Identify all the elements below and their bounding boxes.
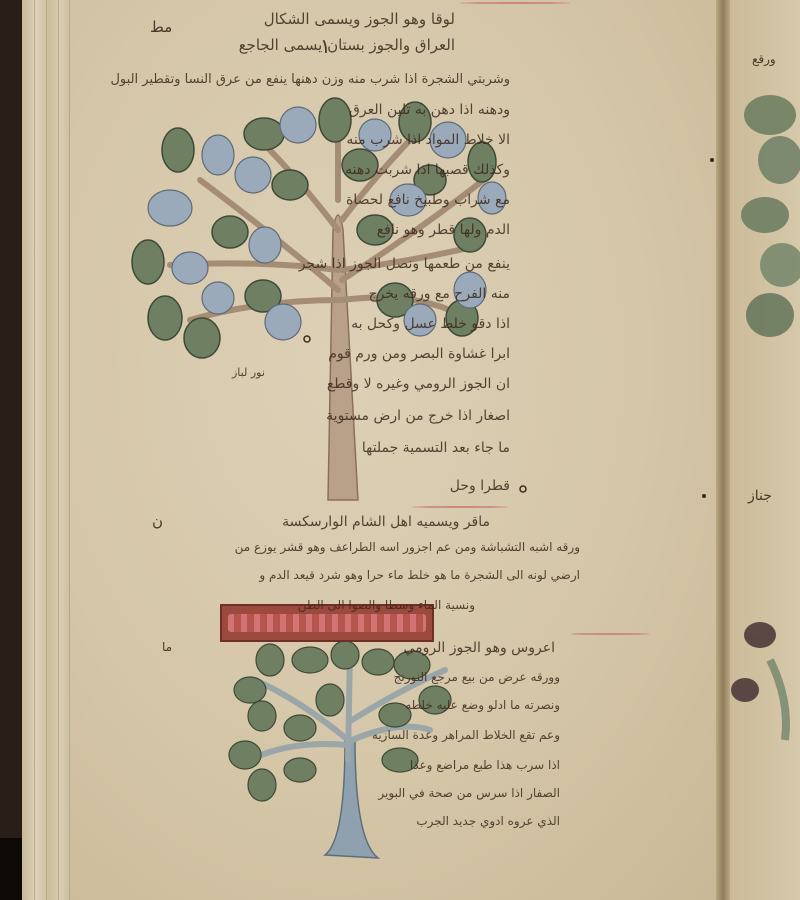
entry-heading: اعروس وهو الجوز الرومي — [403, 640, 555, 656]
body-line: ارضي لونه الى الشجرة ما هو خلط ماء حرا و… — [259, 568, 580, 582]
body-line: وشربتي الشجرة اذا شرب منه وزن دهنها ينفع… — [110, 72, 510, 87]
margin-note: مط — [150, 18, 172, 36]
rubric-overline — [460, 2, 570, 4]
facing-page-note: ورقع — [752, 52, 776, 66]
body-line: مع شراب وطبيخ نافع لحصاة — [346, 192, 510, 208]
body-line: الا خلاط المواد اذا شرب منه — [346, 132, 510, 148]
body-line: اصغار اذا خرج من ارض مستوية — [326, 408, 510, 424]
body-line: ابرا غشاوة البصر ومن ورم قوم — [328, 346, 510, 362]
facing-page-plant — [731, 95, 800, 740]
body-line: اذا سرب هذا طبع مراضع وعذا — [410, 758, 560, 772]
body-line: ما جاء بعد التسمية جملتها — [362, 440, 510, 456]
entry-heading: لوقا وهو الجوز ويسمى الشكال — [264, 10, 455, 28]
rubric-overline — [570, 633, 650, 635]
body-line: الصفار اذا سرس من صحة في البوير — [378, 786, 560, 800]
rubric-overline — [412, 506, 508, 508]
body-line: منه الفرح مع ورقه يخرج — [369, 286, 510, 302]
body-line: ينفع من طعمها ونصل الجوز اذا شجر — [299, 256, 510, 272]
entry-number: ١ — [320, 34, 331, 58]
margin-note: ما — [162, 640, 172, 654]
body-line: ان الجوز الرومي وغيره لا وقطع — [327, 376, 510, 392]
tree-caption: نور لباز — [232, 366, 265, 379]
body-line: وورقه عرض من بيع مرجع النورنج — [394, 670, 560, 684]
body-line: ونصرته ما ادلو وضع عليه خلطه — [405, 698, 560, 712]
body-line: قطرا وحل — [450, 478, 510, 494]
body-line: ودهنه اذا دهن به تلين العرق — [349, 102, 510, 118]
margin-note: ن — [152, 512, 163, 530]
body-line: اذا دقو خلط عسل وكحل به — [351, 316, 510, 332]
body-line: ونسية الماء وسطا والصوا الى الطن — [298, 598, 475, 612]
facing-page-note: جناز — [748, 488, 772, 504]
body-line: الذي عروه ادوي جديد الجرب — [416, 814, 560, 828]
body-line: وكذلك قصبها اذا شربت دهنه — [345, 162, 510, 178]
body-line: ورقه اشبه التشباشة ومن عم اجزور اسه الطر… — [235, 540, 580, 554]
body-line: وعم تقع الخلاط المراهر وعدة السازيه — [372, 728, 560, 742]
entry-heading: ماقر ويسميه اهل الشام الوارسكسة — [282, 514, 490, 530]
entry-heading: العراق والجوز بستان يسمى الجاجع — [239, 36, 455, 54]
body-line: الدم ولها قطر وهو نافع — [377, 222, 510, 238]
